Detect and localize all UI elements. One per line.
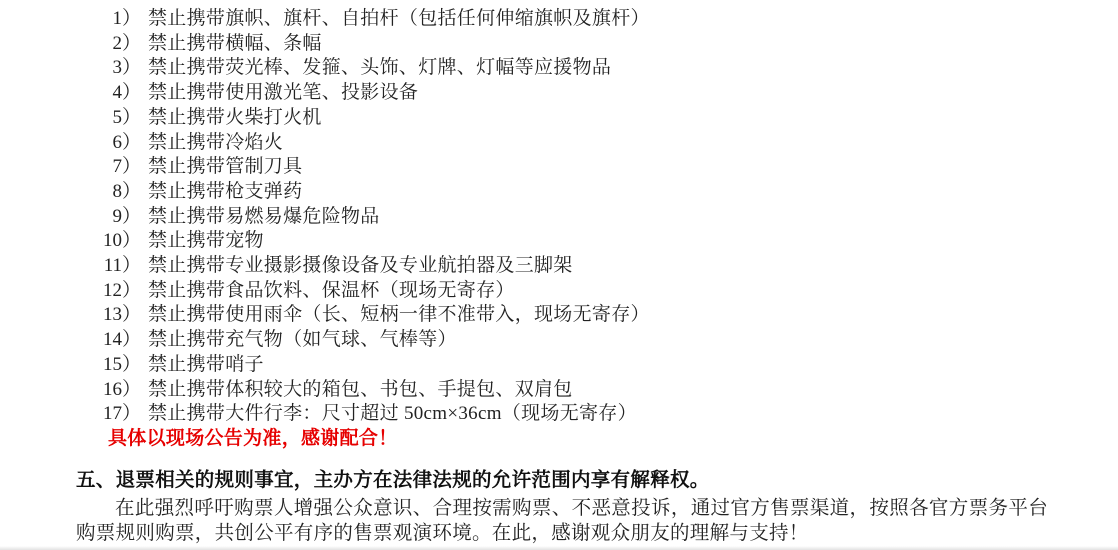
- prohibited-items-list: 1） 禁止携带旗帜、旗杆、自拍杆（包括任何伸缩旗帜及旗杆） 2） 禁止携带横幅、…: [0, 0, 1118, 452]
- list-item: 10） 禁止携带宠物: [0, 229, 1118, 254]
- list-item-text: 禁止携带火柴打火机: [148, 106, 322, 131]
- list-item-number: 9）: [75, 205, 141, 230]
- list-item: 15） 禁止携带哨子: [0, 353, 1118, 378]
- list-item-number: 3）: [75, 56, 141, 81]
- list-item: 3） 禁止携带荧光棒、发箍、头饰、灯牌、灯幅等应援物品: [0, 56, 1118, 81]
- refund-rules-body: 在此强烈呼吁购票人增强公众意识、合理按需购票、不恶意投诉，通过官方售票渠道，按照…: [76, 496, 1048, 547]
- list-item-text: 禁止携带哨子: [148, 353, 264, 378]
- list-item: 2） 禁止携带横幅、条幅: [0, 32, 1118, 57]
- list-item-number: 4）: [75, 81, 141, 106]
- list-item-number: 1）: [75, 7, 141, 32]
- list-item-number: 6）: [75, 131, 141, 156]
- list-item-number: 14）: [75, 328, 141, 353]
- list-item-text: 禁止携带使用激光笔、投影设备: [148, 81, 418, 106]
- list-item: 1） 禁止携带旗帜、旗杆、自拍杆（包括任何伸缩旗帜及旗杆）: [0, 7, 1118, 32]
- list-item-number: 17）: [75, 402, 141, 427]
- list-item: 13） 禁止携带使用雨伞（长、短柄一律不准带入，现场无寄存）: [0, 303, 1118, 328]
- list-item-text: 禁止携带荧光棒、发箍、头饰、灯牌、灯幅等应援物品: [148, 56, 611, 81]
- list-item-number: 11）: [75, 254, 141, 279]
- list-item-number: 7）: [75, 155, 141, 180]
- list-item-text: 禁止携带专业摄影摄像设备及专业航拍器及三脚架: [148, 254, 573, 279]
- list-item-text: 禁止携带充气物（如气球、气棒等）: [148, 328, 457, 353]
- list-item-text: 禁止携带旗帜、旗杆、自拍杆（包括任何伸缩旗帜及旗杆）: [148, 7, 650, 32]
- list-item: 9） 禁止携带易燃易爆危险物品: [0, 205, 1118, 230]
- list-item: 11） 禁止携带专业摄影摄像设备及专业航拍器及三脚架: [0, 254, 1118, 279]
- onsite-notice-text: 具体以现场公告为准，感谢配合！: [0, 427, 1118, 452]
- list-item: 16） 禁止携带体积较大的箱包、书包、手提包、双肩包: [0, 378, 1118, 403]
- list-item-number: 8）: [75, 180, 141, 205]
- list-item: 4） 禁止携带使用激光笔、投影设备: [0, 81, 1118, 106]
- page-bottom-edge: [0, 546, 1118, 550]
- list-item-text: 禁止携带宠物: [148, 229, 264, 254]
- list-item-number: 10）: [75, 229, 141, 254]
- refund-rules-section: 五、退票相关的规则事宜，主办方在法律法规的允许范围内享有解释权。 在此强烈呼吁购…: [0, 468, 1048, 547]
- list-item-text: 禁止携带枪支弹药: [148, 180, 302, 205]
- list-item-number: 13）: [75, 303, 141, 328]
- list-item: 17） 禁止携带大件行李：尺寸超过 50cm×36cm（现场无寄存）: [0, 402, 1118, 427]
- document-page: 1） 禁止携带旗帜、旗杆、自拍杆（包括任何伸缩旗帜及旗杆） 2） 禁止携带横幅、…: [0, 0, 1118, 547]
- list-item-text: 禁止携带食品饮料、保温杯（现场无寄存）: [148, 279, 515, 304]
- list-item: 14） 禁止携带充气物（如气球、气棒等）: [0, 328, 1118, 353]
- list-item-number: 5）: [75, 106, 141, 131]
- list-item-text: 禁止携带管制刀具: [148, 155, 302, 180]
- list-item: 12） 禁止携带食品饮料、保温杯（现场无寄存）: [0, 279, 1118, 304]
- list-item-number: 2）: [75, 32, 141, 57]
- list-item-text: 禁止携带使用雨伞（长、短柄一律不准带入，现场无寄存）: [148, 303, 650, 328]
- list-item: 7） 禁止携带管制刀具: [0, 155, 1118, 180]
- list-item-number: 15）: [75, 353, 141, 378]
- list-item-text: 禁止携带体积较大的箱包、书包、手提包、双肩包: [148, 378, 573, 403]
- refund-rules-heading: 五、退票相关的规则事宜，主办方在法律法规的允许范围内享有解释权。: [76, 468, 1048, 494]
- list-item: 6） 禁止携带冷焰火: [0, 131, 1118, 156]
- list-item-number: 12）: [75, 279, 141, 304]
- list-item-text: 禁止携带横幅、条幅: [148, 32, 322, 57]
- list-item: 5） 禁止携带火柴打火机: [0, 106, 1118, 131]
- list-item-text: 禁止携带冷焰火: [148, 131, 283, 156]
- list-item-text: 禁止携带易燃易爆危险物品: [148, 205, 380, 230]
- list-item-text: 禁止携带大件行李：尺寸超过 50cm×36cm（现场无寄存）: [148, 402, 637, 427]
- list-item: 8） 禁止携带枪支弹药: [0, 180, 1118, 205]
- list-item-number: 16）: [75, 378, 141, 403]
